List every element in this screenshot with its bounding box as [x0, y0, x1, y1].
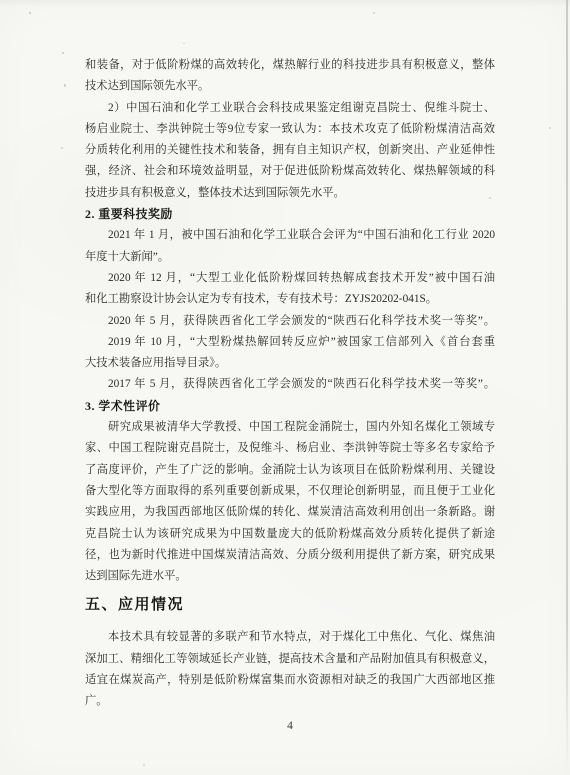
text-line: 适宜在煤炭高产，特别是低阶粉煤富集而水资源相对缺乏的我国广大西部地区推 [85, 670, 495, 691]
text-line: 深加工、精细化工等领域延长产业链，提高技术含量和产品附加值具有积极意义， [85, 649, 495, 670]
scan-speck [62, 52, 64, 54]
document-body: 和装备，对于低阶粉煤的高效转化，煤热解行业的科技进步具有积极意义，整体技术达到国… [85, 55, 495, 713]
text-line: 技术达到国际领先水平。 [85, 76, 495, 97]
text-line: 备大型化等方面取得的系列重要创新成果，不仅理论创新明显，而且便于工业化 [85, 481, 495, 502]
text-line: 2019 年 10 月，“大型粉煤热解回转反应炉”被国家工信部列入《首台套重 [85, 332, 495, 353]
scan-speck [549, 127, 551, 129]
text-line: 2017 年 5 月，获得陕西省化工学会颁发的“陕西石化科学技术奖一等奖”。 [85, 374, 495, 395]
text-line: 强，经济、社会和环境效益明显，对于促进低阶粉煤高效转化、煤热解领域的科 [85, 161, 495, 182]
text-line: 广。 [85, 691, 495, 712]
text-line: 本技术具有较显著的多联产和节水特点，对于煤化工中焦化、气化、煤焦油 [85, 627, 495, 648]
text-line: 杨启业院士、李洪钟院士等9位专家一致认为：本技术攻克了低阶粉煤清洁高效 [85, 119, 495, 140]
scan-speck [143, 764, 145, 766]
text-line: 2020 年 5 月，获得陕西省化工学会颁发的“陕西石化科学技术奖一等奖”。 [85, 311, 495, 332]
text-line: 达到国际先进水平。 [85, 566, 495, 587]
scan-speck [61, 147, 63, 149]
scanned-document-page: 和装备，对于低阶粉煤的高效转化，煤热解行业的科技进步具有积极意义，整体技术达到国… [0, 0, 570, 775]
scan-speck [29, 12, 31, 14]
scan-speck [183, 43, 185, 44]
text-line: 技进步具有积极意义，整体技术达到国际领先水平。 [85, 183, 495, 204]
text-line: 了高度评价，产生了广泛的影响。金涌院士认为该项目在低阶粉煤利用、关键设 [85, 460, 495, 481]
text-line: 和装备，对于低阶粉煤的高效转化，煤热解行业的科技进步具有积极意义，整体 [85, 55, 495, 76]
scan-speck [64, 84, 66, 87]
document-content: 和装备，对于低阶粉煤的高效转化，煤热解行业的科技进步具有积极意义，整体技术达到国… [85, 55, 495, 734]
text-line: 家、中国工程院谢克昌院士，及倪维斗、杨启业、李洪钟等院士等多名专家给予 [85, 438, 495, 459]
text-line: 研究成果被清华大学教授、中国工程院金涌院士，国内外知名煤化工领域专 [85, 417, 495, 438]
text-line: 克昌院士认为该研究成果为中国数量庞大的低阶粉煤高效分质转化提供了新途 [85, 524, 495, 545]
text-line: 2021 年 1 月，被中国石油和化学工业联合会评为“中国石油和化工行业 202… [85, 225, 495, 246]
text-line: 分质转化利用的关键性技术和装备，拥有自主知识产权，创新突出、产业延伸性 [85, 140, 495, 161]
subsection-heading: 3. 学术性评价 [85, 396, 495, 417]
text-line: 年度十大新闻”。 [85, 247, 495, 268]
page-number: 4 [85, 719, 495, 734]
text-line: 实践应用，为我国西部地区低阶煤的转化、煤炭清洁高效利用创出一条新路。谢 [85, 502, 495, 523]
scan-speck [373, 12, 375, 14]
subsection-heading: 2. 重要科技奖励 [85, 204, 495, 225]
text-line: 2020 年 12 月，“大型工业化低阶粉煤回转热解成套技术开发”被中国石油 [85, 268, 495, 289]
scan-edge-line [566, 0, 568, 775]
text-line: 和化工勘察设计协会认定为专有技术，专有技术号：ZYJS20202-041S。 [85, 289, 495, 310]
text-line: 径，也为新时代推进中国煤炭清洁高效、分质分级利用提供了新方案，研究成果 [85, 545, 495, 566]
text-line: 大技术装备应用指导目录》。 [85, 353, 495, 374]
section-heading: 五、应用情况 [85, 592, 495, 618]
text-line: 2）中国石油和化学工业联合会科技成果鉴定组谢克昌院士、倪维斗院士、 [85, 98, 495, 119]
